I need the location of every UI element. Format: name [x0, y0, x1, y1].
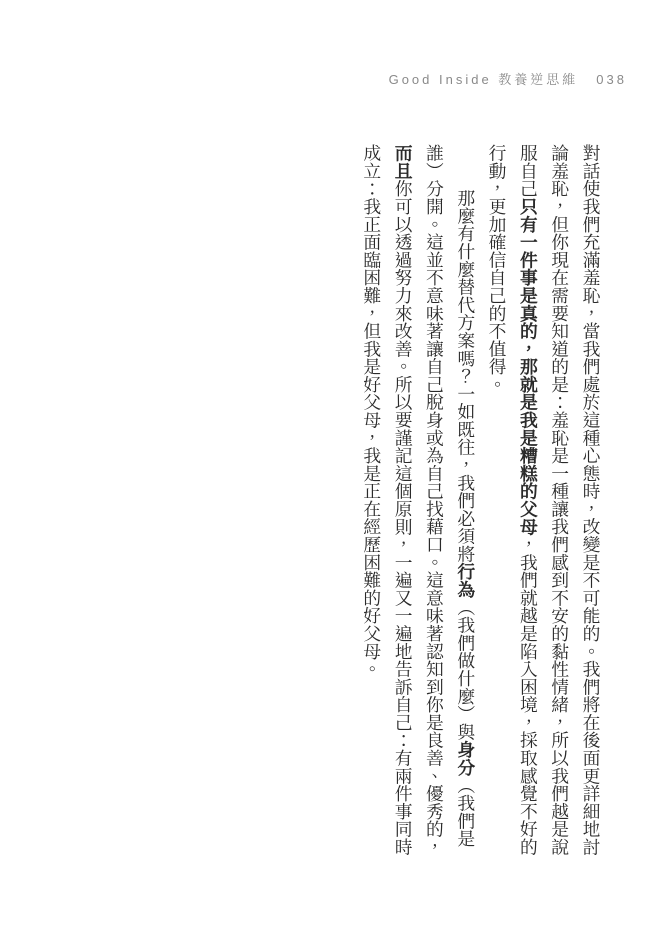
page-number: 038	[596, 72, 627, 87]
body-text: 對話使我們充滿羞恥，當我們處於這種心態時，改變是不可能的。我們將在後面更詳細地討…	[356, 144, 607, 856]
running-header: Good Inside 教養逆思維 038	[389, 69, 627, 88]
paragraph: 對話使我們充滿羞恥，當我們處於這種心態時，改變是不可能的。我們將在後面更詳細地討…	[481, 144, 606, 856]
emphasis-text: 身分	[456, 740, 476, 776]
emphasis-text: 而且	[393, 144, 413, 180]
body-text-segment: 你可以透過努力來改善。所以要謹記這個原則，一遍又一遍地告訴自己：有兩件事同時成立…	[362, 144, 413, 856]
running-header-title: Good Inside 教養逆思維	[389, 69, 579, 88]
paragraph: 那麼有什麼替代方案嗎？一如既往，我們必須將行為（我們做什麼）與身分（我們是誰）分…	[356, 144, 481, 856]
emphasis-text: 行為	[456, 562, 476, 598]
body-text-segment: 那麼有什麼替代方案嗎？一如既往，我們必須將	[456, 189, 476, 563]
emphasis-text: 只有一件事是真的，那就是我是糟糕的父母	[518, 197, 538, 535]
body-text-segment: （我們做什麼）與	[456, 598, 476, 740]
book-page: Good Inside 教養逆思維 038 對話使我們充滿羞恥，當我們處於這種心…	[0, 0, 663, 932]
